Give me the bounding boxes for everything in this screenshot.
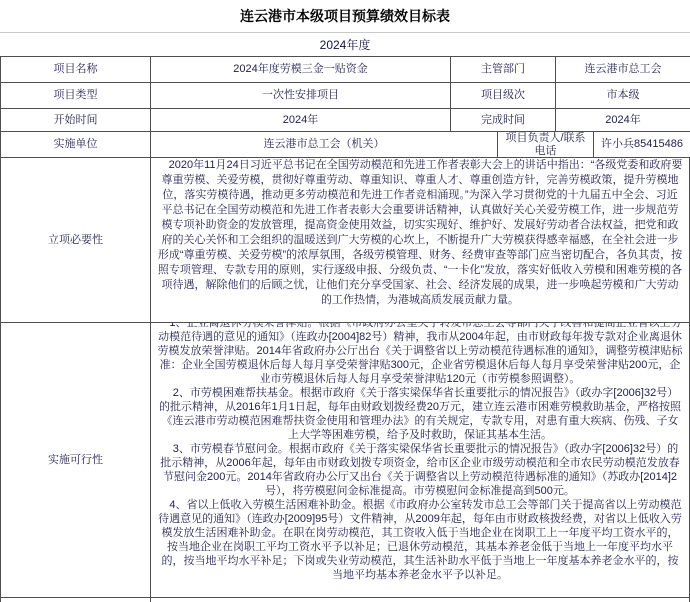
necessity-paragraph: 2020年11月24日习近平总书记在全国劳动模范和先进工作者表彰大会上的讲话中指… <box>157 158 683 308</box>
table-row-dates: 开始时间 2024年 完成时间 2024年 <box>1 109 690 132</box>
label-competent-department: 主管部门 <box>451 57 556 83</box>
necessity-content: 2020年11月24日习近平总书记在全国劳动模范和先进工作者表彰大会上的讲话中指… <box>151 158 690 323</box>
feasibility-paragraph-4: 4、省以上低收入劳模生活困难补助金。根据《市政府办公室转发市总工会等部门关于提高… <box>157 498 683 582</box>
page-title: 连云港市本级项目预算绩效目标表 <box>0 0 690 33</box>
table-row-project-type: 项目类型 一次性安排项目 项目级次 市本级 <box>1 83 690 109</box>
feasibility-paragraphs: 1、企业离退休劳模荣誉津贴。根据《市政府办公室关于转发市总工会等部门关于改善和提… <box>157 323 683 582</box>
label-project-name: 项目名称 <box>1 57 151 83</box>
table-row-feasibility: 实施可行性 1、企业离退休劳模荣誉津贴。根据《市政府办公室关于转发市总工会等部门… <box>1 323 690 598</box>
value-implementing-unit: 连云港市总工会（机关） <box>151 132 498 158</box>
value-project-leader-phone: 许小兵85415486 <box>594 132 690 158</box>
table-row-implementing-unit: 实施单位 连云港市总工会（机关） 项目负责人/联系电话 许小兵85415486 <box>1 132 690 158</box>
feasibility-paragraph-1: 1、企业离退休劳模荣誉津贴。根据《市政府办公室关于转发市总工会等部门关于改善和提… <box>157 323 683 386</box>
label-finish-time: 完成时间 <box>451 109 556 132</box>
label-necessity: 立项必要性 <box>1 158 151 323</box>
feasibility-paragraph-3: 3、市劳模春节慰问金。根据市政府《关于落实梁保华省长重要批示的情况报告》（政办字… <box>157 442 683 498</box>
value-competent-department: 连云港市总工会 <box>556 57 690 83</box>
label-implementing-unit: 实施单位 <box>1 132 151 158</box>
value-project-level: 市本级 <box>556 83 690 109</box>
label-start-time: 开始时间 <box>1 109 151 132</box>
label-feasibility: 实施可行性 <box>1 323 151 598</box>
value-start-time: 2024年 <box>151 109 451 132</box>
info-table: 项目名称 2024年度劳模三金一贴资金 主管部门 连云港市总工会 项目类型 一次… <box>0 56 690 602</box>
budget-performance-target-document: 连云港市本级项目预算绩效目标表 2024年度 项目名称 2024年度劳模三金一贴… <box>0 0 690 602</box>
label-project-level: 项目级次 <box>451 83 556 109</box>
label-project-type: 项目类型 <box>1 83 151 109</box>
clipped-label-cell <box>1 598 151 602</box>
value-project-name: 2024年度劳模三金一贴资金 <box>151 57 451 83</box>
table-row-necessity: 立项必要性 2020年11月24日习近平总书记在全国劳动模范和先进工作者表彰大会… <box>1 158 690 323</box>
value-finish-time: 2024年 <box>556 109 690 132</box>
table-row-next-clipped <box>1 598 690 602</box>
table-row-project-name: 项目名称 2024年度劳模三金一贴资金 主管部门 连云港市总工会 <box>1 57 690 83</box>
feasibility-paragraph-2: 2、市劳模困难帮扶基金。根据市政府《关于落实梁保华省长重要批示的情况报告》（政办… <box>157 386 683 442</box>
value-project-type: 一次性安排项目 <box>151 83 451 109</box>
feasibility-content: 1、企业离退休劳模荣誉津贴。根据《市政府办公室关于转发市总工会等部门关于改善和提… <box>151 323 690 598</box>
year-header: 2024年度 <box>0 33 690 56</box>
clipped-content-cell <box>151 598 690 602</box>
label-project-leader-phone: 项目负责人/联系电话 <box>498 132 594 158</box>
